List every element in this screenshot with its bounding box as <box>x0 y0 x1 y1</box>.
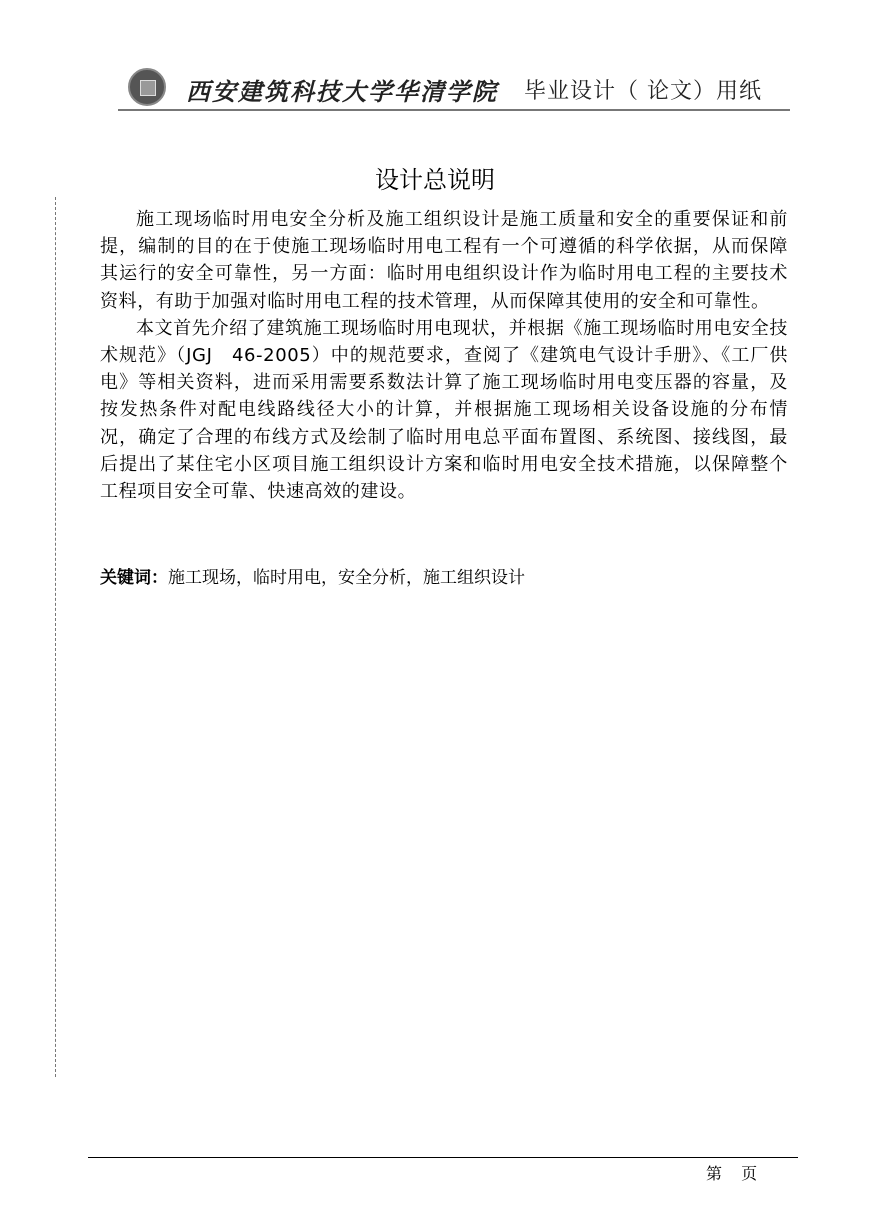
keywords-line: 关键词：施工现场，临时用电，安全分析，施工组织设计 <box>100 563 525 588</box>
paragraph: 本文首先介绍了建筑施工现场临时用电现状，并根据《施工现场临时用电安全技术规范》（… <box>100 315 788 505</box>
page-number-label: 第 页 <box>706 1161 757 1184</box>
footer-divider <box>88 1157 798 1158</box>
school-emblem-icon <box>128 68 166 106</box>
paragraph: 施工现场临时用电安全分析及施工组织设计是施工质量和安全的重要保证和前提，编制的目… <box>100 206 788 315</box>
school-name: 西安建筑科技大学华清学院 <box>186 72 498 107</box>
keywords-value: 施工现场，临时用电，安全分析，施工组织设计 <box>168 568 525 588</box>
paper-type-label: 毕业设计（ 论文）用纸 <box>524 74 762 105</box>
binding-margin-line <box>55 197 56 1077</box>
header-divider <box>118 109 790 111</box>
keywords-label: 关键词： <box>100 568 168 588</box>
page-title: 设计总说明 <box>0 160 870 195</box>
page-header: 西安建筑科技大学华清学院 毕业设计（ 论文）用纸 <box>118 62 798 112</box>
document-body: 施工现场临时用电安全分析及施工组织设计是施工质量和安全的重要保证和前提，编制的目… <box>100 206 788 505</box>
